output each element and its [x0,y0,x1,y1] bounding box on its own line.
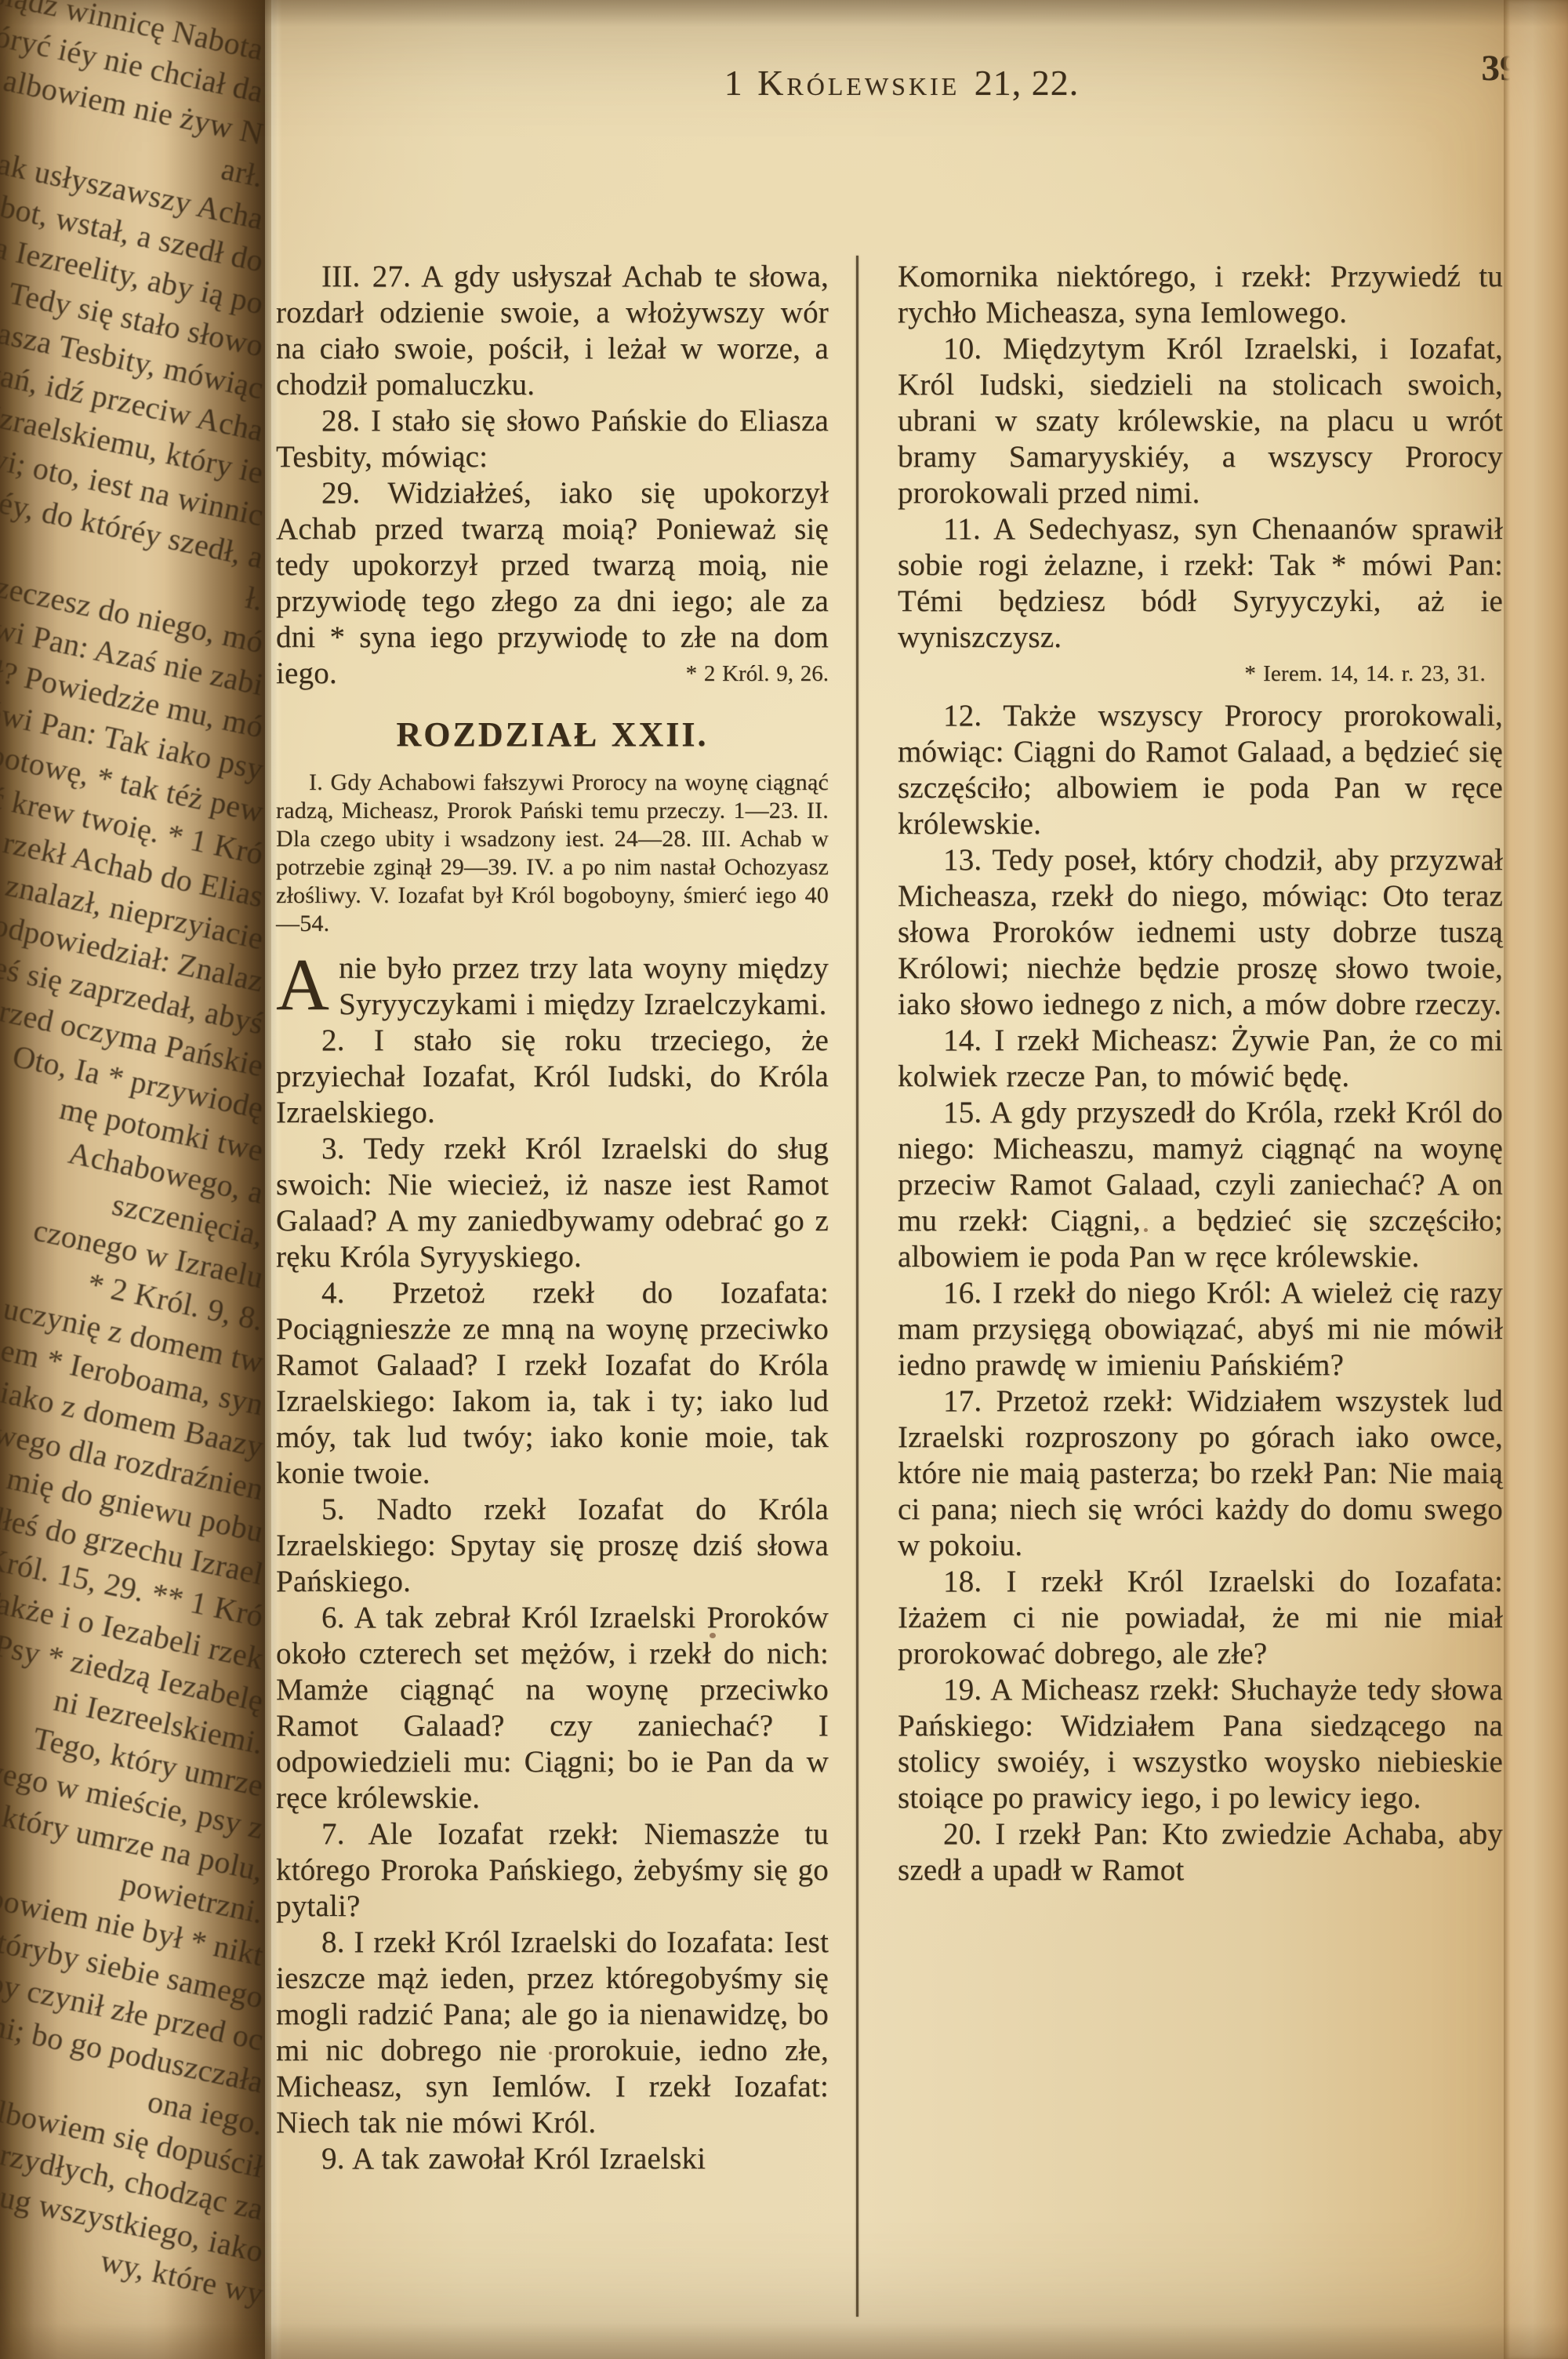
drop-cap-initial: A [276,951,339,1015]
verse-paragraph: 4. Przetoż rzekł do Iozafata: Pociągnies… [276,1275,829,1492]
verse-paragraph: 11. A Sedechyasz, syn Chenaanów sprawił … [898,511,1503,656]
book-name: Królewskie [753,63,964,103]
right-column: Komornika niektórego, i rzekł: Przywiedź… [898,259,1503,1888]
page-fore-edge [1504,0,1568,2359]
verse-paragraph: 5. Nadto rzekł Iozafat do Króla Izraelsk… [276,1492,829,1600]
verse-paragraph: 20. I rzekł Pan: Kto zwiedzie Achaba, ab… [898,1816,1503,1888]
verse-paragraph: 6. A tak zebrał Król Izraelski Proroków … [276,1600,829,1816]
prev-page-text: siądź winnicę Nabota; któryć iéy nie chc… [0,0,265,2281]
footnote-reference: * 2 Król. 9, 26. [641,656,829,692]
page-number: 391 [1435,47,1537,89]
verse-paragraph: 10. Międzytym Król Izraelski, i Iozafat,… [898,331,1503,511]
verse-paragraph: 29. Widziałżeś, iako się upokorzył Achab… [276,475,829,692]
verse-paragraph: 3. Tedy rzekł Król Izraelski do sług swo… [276,1131,829,1275]
prev-page-strip: siądź winnicę Nabota; któryć iéy nie chc… [0,0,265,2359]
verse-paragraph: 19. A Micheasz rzekł: Słuchayże tedy sło… [898,1672,1503,1816]
chapter-heading: ROZDZIAŁ XXII. [276,715,829,754]
chapter-reference: 21, 22. [975,63,1080,103]
verse-paragraph: 15. A gdy przyszedł do Króla, rzekł Król… [898,1095,1503,1275]
verse-paragraph: III. 27. A gdy usłyszał Achab te słowa, … [276,259,829,403]
chapter-summary: I. Gdy Achabowi fałszywi Prorocy na woyn… [276,769,829,938]
book-number: 1 [724,63,743,103]
footnote: * Ierem. 14, 14. r. 23, 31. [898,657,1503,690]
verse-paragraph: 13. Tedy poseł, który chodził, aby przyz… [898,842,1503,1023]
verse-paragraph: 18. I rzekł Król Izraelski do Iozafata: … [898,1564,1503,1672]
verse-paragraph: 14. I rzekł Micheasz: Żywie Pan, że co m… [898,1023,1503,1095]
left-column: III. 27. A gdy usłyszał Achab te słowa, … [276,259,829,2177]
verse-paragraph: 2. I stało się roku trzeciego, że przyie… [276,1023,829,1131]
verse-paragraph: 8. I rzekł Król Izraelski do Iozafata: I… [276,1925,829,2141]
column-divider [856,256,858,2317]
verse-paragraph: 12. Także wszyscy Prorocy prorokowali, m… [898,698,1503,842]
verse-paragraph: 7. Ale Iozafat rzekł: Niemaszże tu które… [276,1816,829,1925]
verse-paragraph: 9. A tak zawołał Król Izraelski [276,2141,829,2177]
running-header: 1 Królewskie 21, 22. [274,61,1529,108]
verse-paragraph: 16. I rzekł do niego Król: A wieleż cię … [898,1275,1503,1383]
verse-paragraph: 17. Przetoż rzekł: Widziałem wszystek lu… [898,1383,1503,1564]
verse-paragraph: A nie było przez trzy lata woyny między … [276,951,829,1023]
verse-paragraph: 28. I stało się słowo Pańskie do Eliasza… [276,403,829,475]
verse-text: nie było przez trzy lata woyny między Sy… [339,951,829,1021]
verse-paragraph: Komornika niektórego, i rzekł: Przywiedź… [898,259,1503,331]
